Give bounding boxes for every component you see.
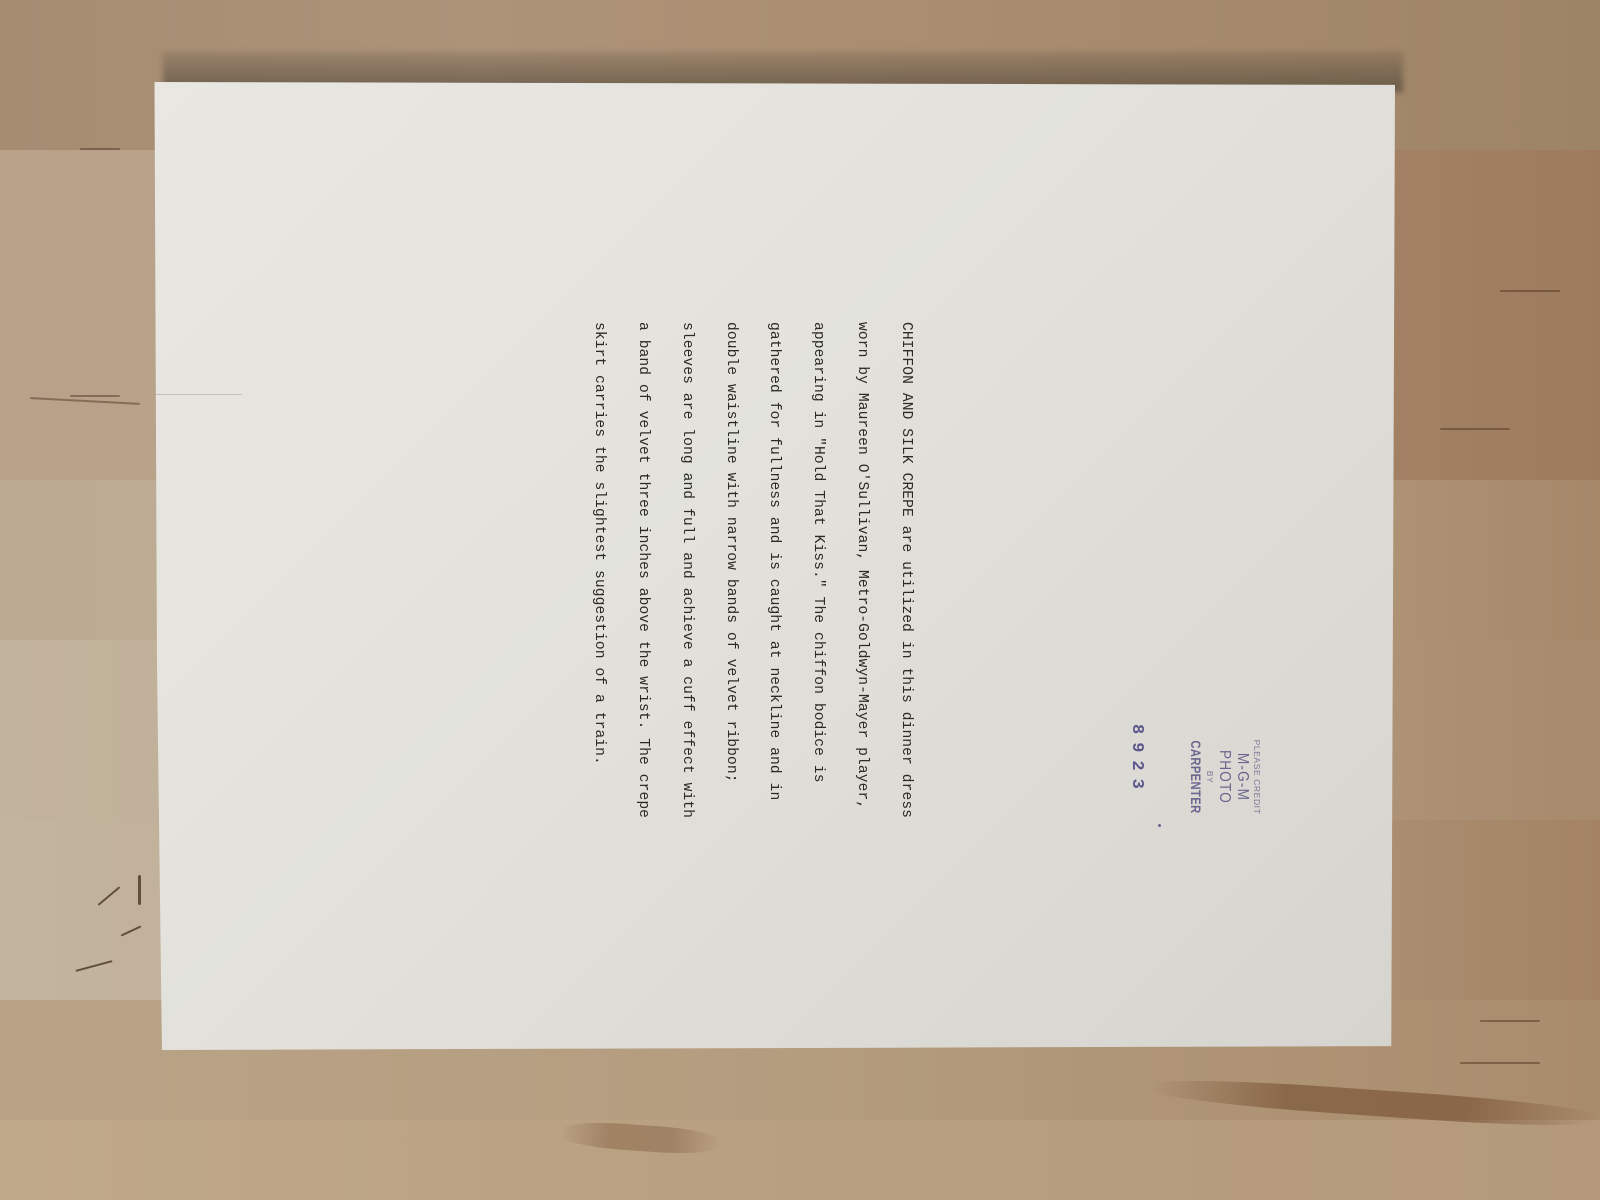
- wood-grain: [1480, 1020, 1540, 1022]
- stamp-mgm-photo: M-G-M PHOTO: [1215, 730, 1251, 824]
- wood-grain: [70, 395, 120, 397]
- wood-grain: [80, 148, 120, 150]
- stamp-please-credit: PLEASE CREDIT: [1251, 722, 1262, 832]
- caption-line: CHIFFON AND SILK CREPE are utilized in t…: [898, 322, 913, 882]
- wood-plank: [0, 1120, 1600, 1200]
- stamp-dot: [1158, 824, 1161, 827]
- stamp-photographer: CARPENTER: [1188, 733, 1204, 821]
- caption-line: double waistline with narrow bands of ve…: [723, 322, 738, 882]
- paper-crease: [152, 394, 242, 395]
- caption-line: appearing in "Hold That Kiss." The chiff…: [811, 322, 826, 882]
- stamp-by: BY: [1204, 722, 1215, 832]
- wood-grain: [1500, 290, 1560, 292]
- wood-grain: [1460, 1062, 1540, 1064]
- wood-grain: [1440, 428, 1510, 430]
- caption-line: skirt carries the slightest suggestion o…: [592, 322, 607, 882]
- caption-line: sleeves are long and full and achieve a …: [679, 322, 694, 882]
- caption-line: gathered for fullness and is caught at n…: [767, 322, 782, 882]
- wood-mark: [138, 875, 141, 905]
- typed-caption: CHIFFON AND SILK CREPE are utilized in t…: [577, 322, 942, 882]
- caption-line: worn by Maureen O'Sullivan, Metro-Goldwy…: [854, 322, 869, 882]
- credit-stamp: PLEASE CREDIT M-G-M PHOTO BY CARPENTER: [1188, 722, 1262, 832]
- caption-line: a band of velvet three inches above the …: [636, 322, 651, 882]
- stamp-photo-number: 8923: [1127, 724, 1146, 797]
